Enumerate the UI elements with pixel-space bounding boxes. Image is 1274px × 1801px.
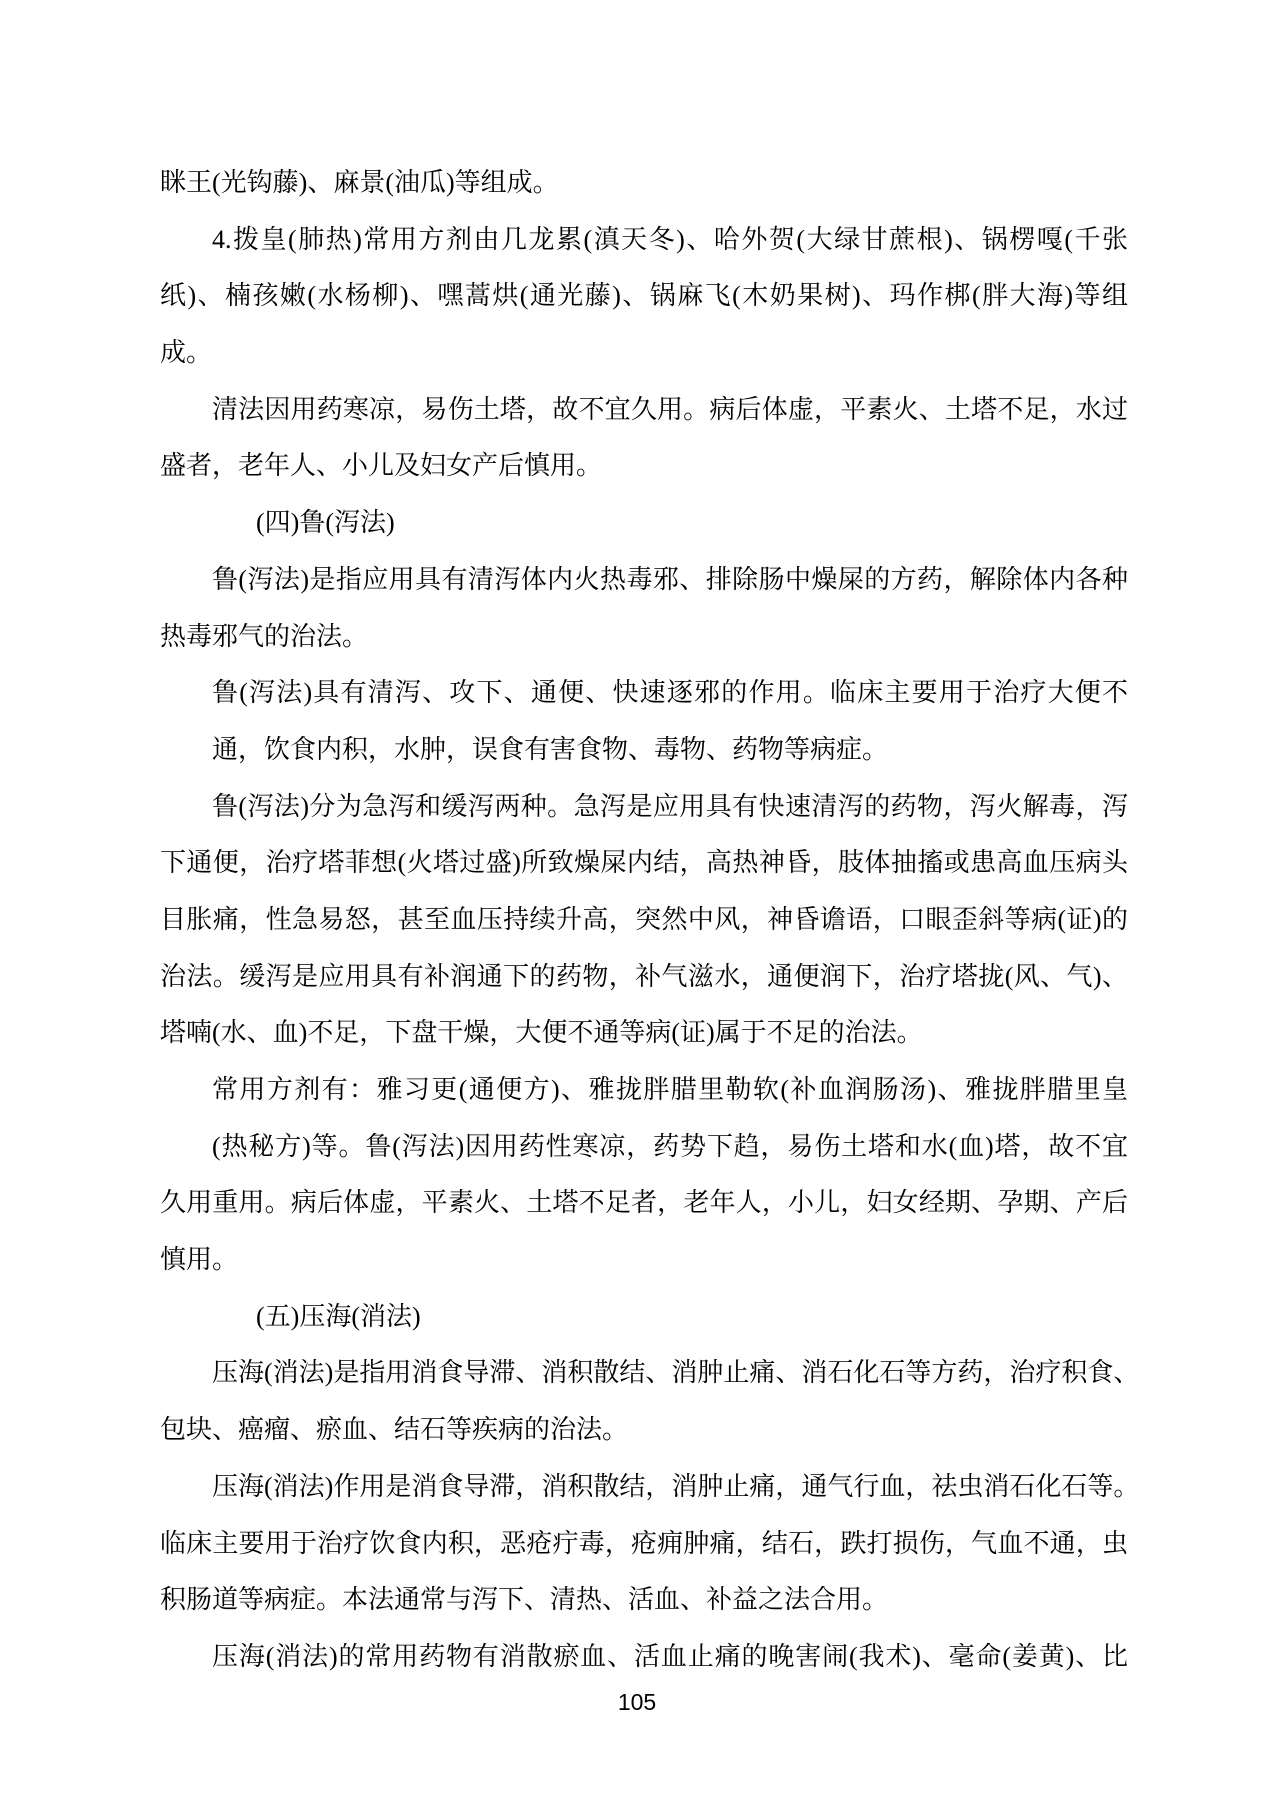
text-line: 临床主要用于治疗饮食内积，恶疮疔毒，疮痈肿痛，结石，跌打损伤，气血不通，虫 bbox=[160, 1516, 1128, 1573]
text-line: 热毒邪气的治法。 bbox=[160, 609, 1128, 666]
text-line: 包块、癌瘤、瘀血、结石等疾病的治法。 bbox=[160, 1402, 1128, 1459]
text-line: 塔喃(水、血)不足，下盘干燥，大便不通等病(证)属于不足的治法。 bbox=[160, 1005, 1128, 1062]
text-line: 4.拨皇(肺热)常用方剂由几龙累(滇天冬)、哈外贺(大绿甘蔗根)、锅楞嘎(千张 bbox=[160, 212, 1128, 269]
text-line: 通，饮食内积，水肿，误食有害食物、毒物、药物等病症。 bbox=[160, 722, 1128, 779]
text-line: 压海(消法)的常用药物有消散瘀血、活血止痛的晚害闹(我术)、毫命(姜黄)、比 bbox=[160, 1629, 1128, 1686]
text-line: 鲁(泻法)分为急泻和缓泻两种。急泻是应用具有快速清泻的药物，泻火解毒，泻 bbox=[160, 779, 1128, 836]
text-line: 下通便，治疗塔菲想(火塔过盛)所致燥屎内结，高热神昏，肢体抽搐或患高血压病头 bbox=[160, 835, 1128, 892]
text-line: 清法因用药寒凉，易伤土塔，故不宜久用。病后体虚，平素火、土塔不足，水过 bbox=[160, 382, 1128, 439]
text-line: 鲁(泻法)具有清泻、攻下、通便、快速逐邪的作用。临床主要用于治疗大便不 bbox=[160, 665, 1128, 722]
text-line: 眯王(光钩藤)、麻景(油瓜)等组成。 bbox=[160, 155, 1128, 212]
text-line: 目胀痛，性急易怒，甚至血压持续升高，突然中风，神昏谵语，口眼歪斜等病(证)的 bbox=[160, 892, 1128, 949]
text-line: (热秘方)等。鲁(泻法)因用药性寒凉，药势下趋，易伤土塔和水(血)塔，故不宜 bbox=[160, 1119, 1128, 1176]
text-line: 慎用。 bbox=[160, 1232, 1128, 1289]
text-line: 纸)、楠孩嫩(水杨柳)、嘿蒿烘(通光藤)、锅麻飞(木奶果树)、玛作梆(胖大海)等… bbox=[160, 268, 1128, 325]
text-line: 积肠道等病症。本法通常与泻下、清热、活血、补益之法合用。 bbox=[160, 1572, 1128, 1629]
text-line: 久用重用。病后体虚，平素火、土塔不足者，老年人，小儿，妇女经期、孕期、产后 bbox=[160, 1175, 1128, 1232]
text-line: 鲁(泻法)是指应用具有清泻体内火热毒邪、排除肠中燥屎的方药，解除体内各种 bbox=[160, 552, 1128, 609]
text-line: 盛者，老年人、小儿及妇女产后慎用。 bbox=[160, 438, 1128, 495]
text-line: 压海(消法)作用是消食导滞，消积散结，消肿止痛，通气行血，祛虫消石化石等。 bbox=[160, 1459, 1128, 1516]
text-line: 常用方剂有：雅习更(通便方)、雅拢胖腊里勒软(补血润肠汤)、雅拢胖腊里皇 bbox=[160, 1062, 1128, 1119]
text-block: 眯王(光钩藤)、麻景(油瓜)等组成。 4.拨皇(肺热)常用方剂由几龙累(滇天冬)… bbox=[160, 155, 1128, 1686]
text-line: 压海(消法)是指用消食导滞、消积散结、消肿止痛、消石化石等方药，治疗积食、 bbox=[160, 1345, 1128, 1402]
document-page: 眯王(光钩藤)、麻景(油瓜)等组成。 4.拨皇(肺热)常用方剂由几龙累(滇天冬)… bbox=[0, 0, 1274, 1801]
page-number: 105 bbox=[0, 1688, 1274, 1716]
text-line: 成。 bbox=[160, 325, 1128, 382]
section-heading: (四)鲁(泻法) bbox=[160, 495, 1128, 552]
section-heading: (五)压海(消法) bbox=[160, 1289, 1128, 1346]
text-line: 治法。缓泻是应用具有补润通下的药物，补气滋水，通便润下，治疗塔拢(风、气)、 bbox=[160, 949, 1128, 1006]
